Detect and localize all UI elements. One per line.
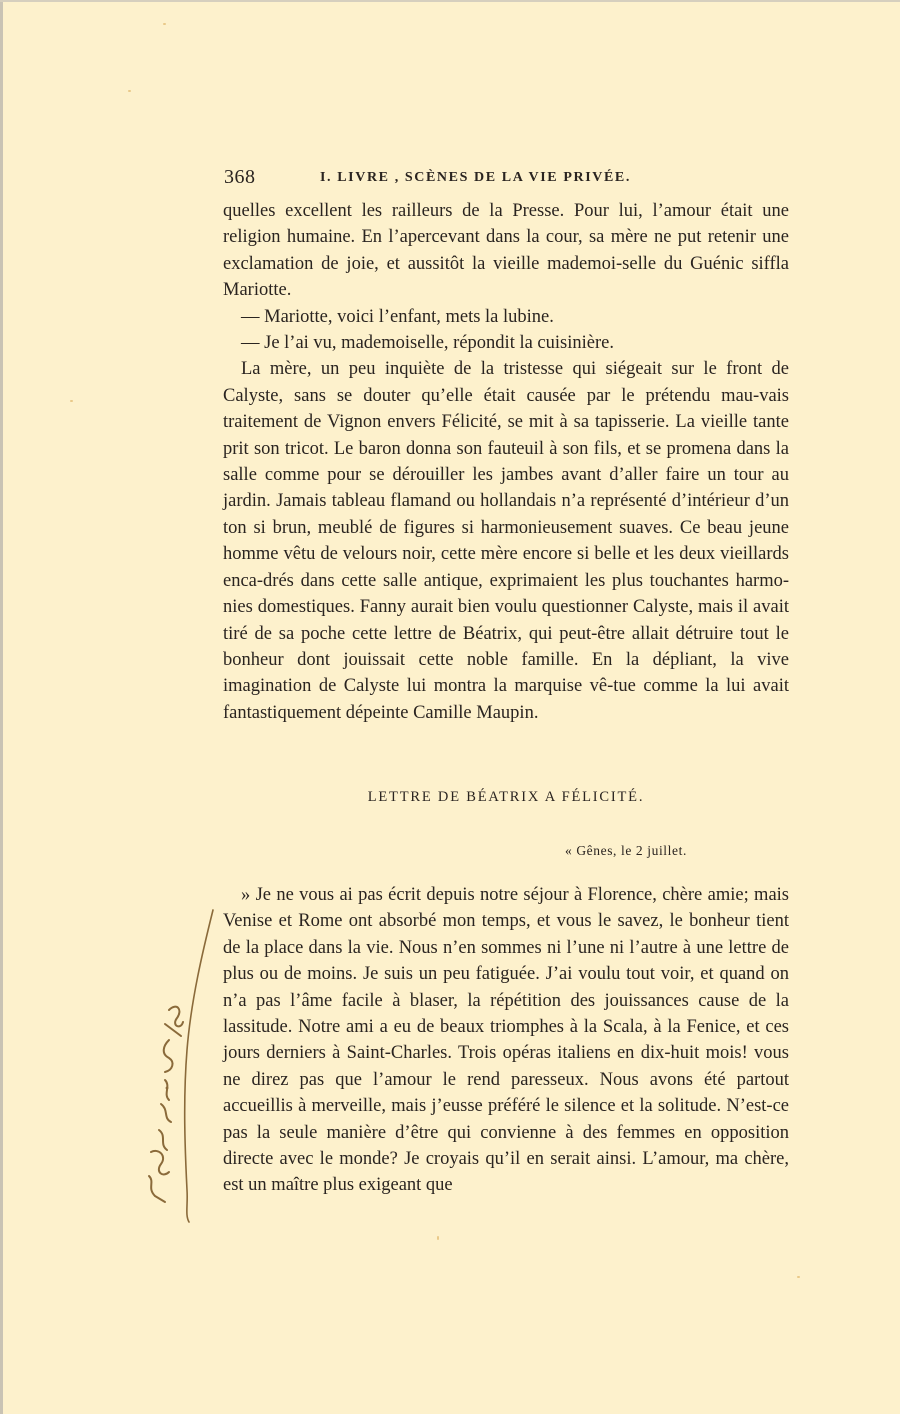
paragraph: — Mariotte, voici l’enfant, mets la lubi…	[223, 304, 789, 330]
running-head: 368 I. LIVRE , SCÈNES DE LA VIE PRIVÉE.	[224, 166, 790, 190]
body-text: quelles excellent les railleurs de la Pr…	[223, 198, 789, 726]
handwriting-annotation-icon	[125, 890, 225, 1230]
paper-speck	[163, 23, 166, 25]
letter-text: » Je ne vous ai pas écrit depuis notre s…	[223, 882, 789, 1199]
section-title: LETTRE DE BÉATRIX A FÉLICITÉ.	[223, 789, 789, 806]
paragraph: — Je l’ai vu, mademoiselle, répondit la …	[223, 330, 789, 356]
letter-dateline: « Gênes, le 2 juillet.	[565, 843, 687, 859]
page-edge-top	[0, 0, 900, 2]
paragraph: quelles excellent les railleurs de la Pr…	[223, 198, 789, 304]
paragraph: » Je ne vous ai pas écrit depuis notre s…	[223, 882, 789, 1199]
paper-speck	[797, 1276, 800, 1278]
paper-speck	[437, 1236, 439, 1240]
page-edge-left	[0, 0, 3, 1414]
page-number: 368	[224, 166, 256, 189]
paragraph: La mère, un peu inquiète de la tristesse…	[223, 356, 789, 726]
paper-speck	[70, 400, 73, 402]
paper-speck	[128, 90, 131, 92]
running-title: I. LIVRE , SCÈNES DE LA VIE PRIVÉE.	[320, 170, 631, 186]
